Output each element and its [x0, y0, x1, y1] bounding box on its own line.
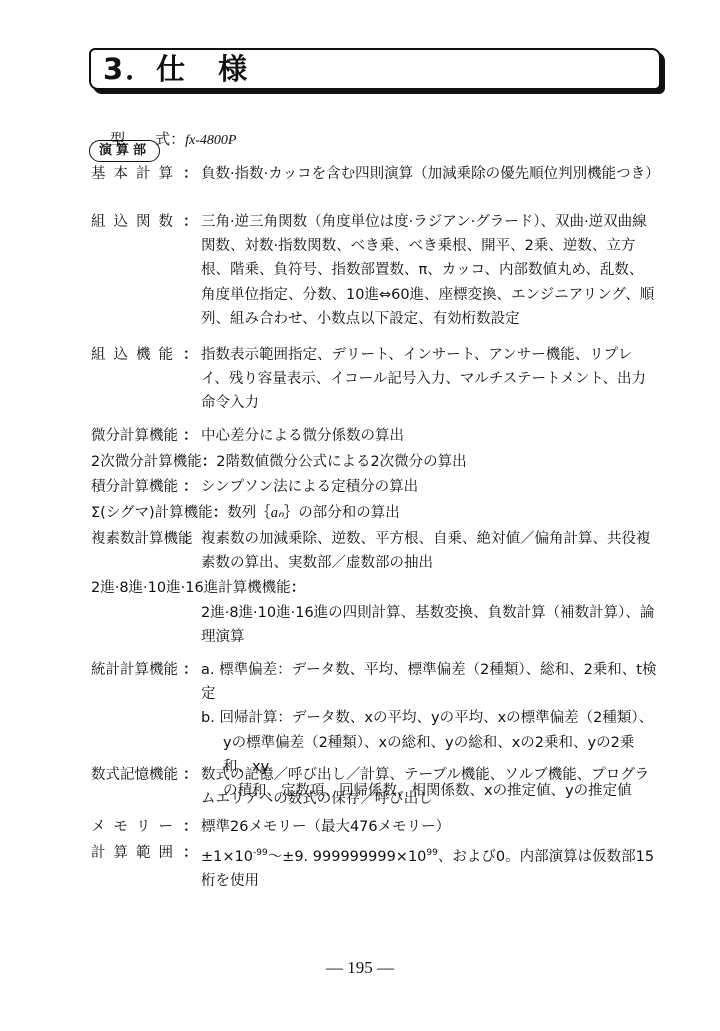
spec-label: メモリー — [91, 815, 181, 839]
spec-colon: ： — [183, 343, 198, 367]
spec-label: 組込関数 — [91, 210, 181, 234]
spec-complex: 複素数計算機能 ： 複素数の加減乗除、逆数、平方根、自乗、絶対値／偏角計算、共役… — [91, 527, 661, 575]
spec-differential: 微分計算機能 ： 中心差分による微分係数の算出 — [91, 424, 661, 448]
spec-builtin-functions: 組込関数 ： 三角·逆三角関数（角度単位は度·ラジアン·グラード）、双曲·逆双曲… — [91, 210, 661, 331]
spec-memory: メモリー ： 標準26メモリー（最大476メモリー） — [91, 815, 661, 839]
spec-label: 2進·8進·10進·16進計算機機能 — [91, 580, 291, 596]
spec-integration: 積分計算機能 ： シンプソン法による定積分の算出 — [91, 475, 661, 499]
spec-text-pre: 数列｛ — [227, 505, 271, 521]
item-marker: a. — [201, 662, 215, 678]
page-number: — 195 — — [0, 958, 720, 978]
spec-builtin-features: 組込機能 ： 指数表示範囲指定、デリート、インサート、アンサー機能、リプレイ、残… — [91, 343, 661, 416]
spec-label: 組込機能 — [91, 343, 181, 367]
spec-second-differential: 2次微分計算機能：2階数値微分公式による2次微分の算出 — [91, 450, 467, 474]
spec-colon: ： — [183, 162, 198, 186]
spec-colon: ： — [183, 658, 198, 682]
item-text-line1: 回帰計算：データ数、xの平均、yの平均、xの標準偏差（2種類）、 — [219, 710, 653, 726]
spec-colon: ： — [183, 763, 198, 787]
spec-colon: ： — [183, 424, 198, 448]
spec-label: 複素数計算機能 — [91, 527, 193, 551]
sequence-variable: aₙ — [271, 505, 284, 521]
item-marker: b. — [201, 710, 215, 726]
spec-label: 積分計算機能 — [91, 475, 178, 499]
spec-colon: ： — [183, 815, 198, 839]
spec-text: 三角·逆三角関数（角度単位は度·ラジアン·グラード）、双曲·逆双曲線関数、対数·… — [201, 210, 657, 331]
spec-base-n-label: 2進·8進·10進·16進計算機機能： — [91, 576, 305, 600]
spec-colon: ： — [202, 454, 217, 470]
spec-label: Σ(シグマ)計算機能 — [91, 505, 213, 521]
spec-colon: ： — [213, 505, 228, 521]
chapter-header-box: 3．仕 様 — [89, 48, 661, 90]
spec-basic-calculation: 基本計算 ： 負数·指数·カッコを含む四則演算（加減乗除の優先順位判別機能つき） — [91, 162, 661, 186]
spec-label: 計算範囲 — [91, 841, 181, 865]
spec-colon: ： — [183, 841, 198, 865]
stats-item-a: a. 標準偏差：データ数、平均、標準偏差（2種類）、総和、2乗和、t検定 — [201, 658, 657, 706]
spec-label: 微分計算機能 — [91, 424, 178, 448]
spec-colon: ： — [183, 475, 198, 499]
spec-text: 2進·8進·10進·16進の四則計算、基数変換、負数計算（補数計算）、論理演算 — [201, 601, 657, 649]
spec-label: 統計計算機能 — [91, 658, 178, 682]
spec-sigma: Σ(シグマ)計算機能：数列｛aₙ｝の部分和の算出 — [91, 501, 400, 525]
spec-calculation-range: 計算範囲 ： ±1×10-99〜±9. 999999999×1099、および0。… — [91, 841, 661, 893]
spec-text: 指数表示範囲指定、デリート、インサート、アンサー機能、リプレイ、残り容量表示、イ… — [201, 343, 657, 416]
model-colon: ： — [170, 130, 185, 148]
spec-formula-memory: 数式記憶機能 ： 数式の記憶／呼び出し／計算、テーブル機能、ソルブ機能、プログラ… — [91, 763, 661, 811]
item-text: 標準偏差：データ数、平均、標準偏差（2種類）、総和、2乗和、t検定 — [201, 662, 657, 702]
manual-page: 3．仕 様 型 式：fx-4800P 演算部 基本計算 ： 負数·指数·カッコを… — [0, 0, 720, 1031]
spec-text: ±1×10-99〜±9. 999999999×1099、および0。内部演算は仮数… — [201, 841, 657, 893]
spec-colon: ： — [183, 527, 198, 551]
spec-text-post: ｝の部分和の算出 — [284, 505, 400, 521]
section-badge-calculation: 演算部 — [89, 140, 160, 162]
spec-label: 2次微分計算機能 — [91, 454, 202, 470]
spec-colon: ： — [291, 580, 306, 596]
range-text-b: 〜±9. 999999999×10 — [268, 849, 427, 865]
spec-text: 2階数値微分公式による2次微分の算出 — [216, 454, 466, 470]
spec-label: 数式記憶機能 — [91, 763, 178, 787]
spec-text: 数式の記憶／呼び出し／計算、テーブル機能、ソルブ機能、プログラムエリアへの数式の… — [201, 763, 657, 811]
range-exponent-min: -99 — [253, 848, 268, 858]
spec-text: 標準26メモリー（最大476メモリー） — [201, 815, 657, 839]
spec-label: 基本計算 — [91, 162, 181, 186]
spec-base-n: 2進·8進·10進·16進の四則計算、基数変換、負数計算（補数計算）、論理演算 — [91, 601, 661, 649]
range-text-a: ±1×10 — [201, 849, 253, 865]
spec-colon: ： — [183, 210, 198, 234]
spec-text: 中心差分による微分係数の算出 — [201, 424, 657, 448]
spec-text: 複素数の加減乗除、逆数、平方根、自乗、絶対値／偏角計算、共役複素数の算出、実数部… — [201, 527, 657, 575]
chapter-title: 3．仕 様 — [103, 51, 249, 87]
range-exponent-max: 99 — [426, 848, 437, 858]
spec-text: 負数·指数·カッコを含む四則演算（加減乗除の優先順位判別機能つき） — [201, 162, 657, 186]
spec-text: シンプソン法による定積分の算出 — [201, 475, 657, 499]
model-value: fx-4800P — [185, 133, 236, 148]
